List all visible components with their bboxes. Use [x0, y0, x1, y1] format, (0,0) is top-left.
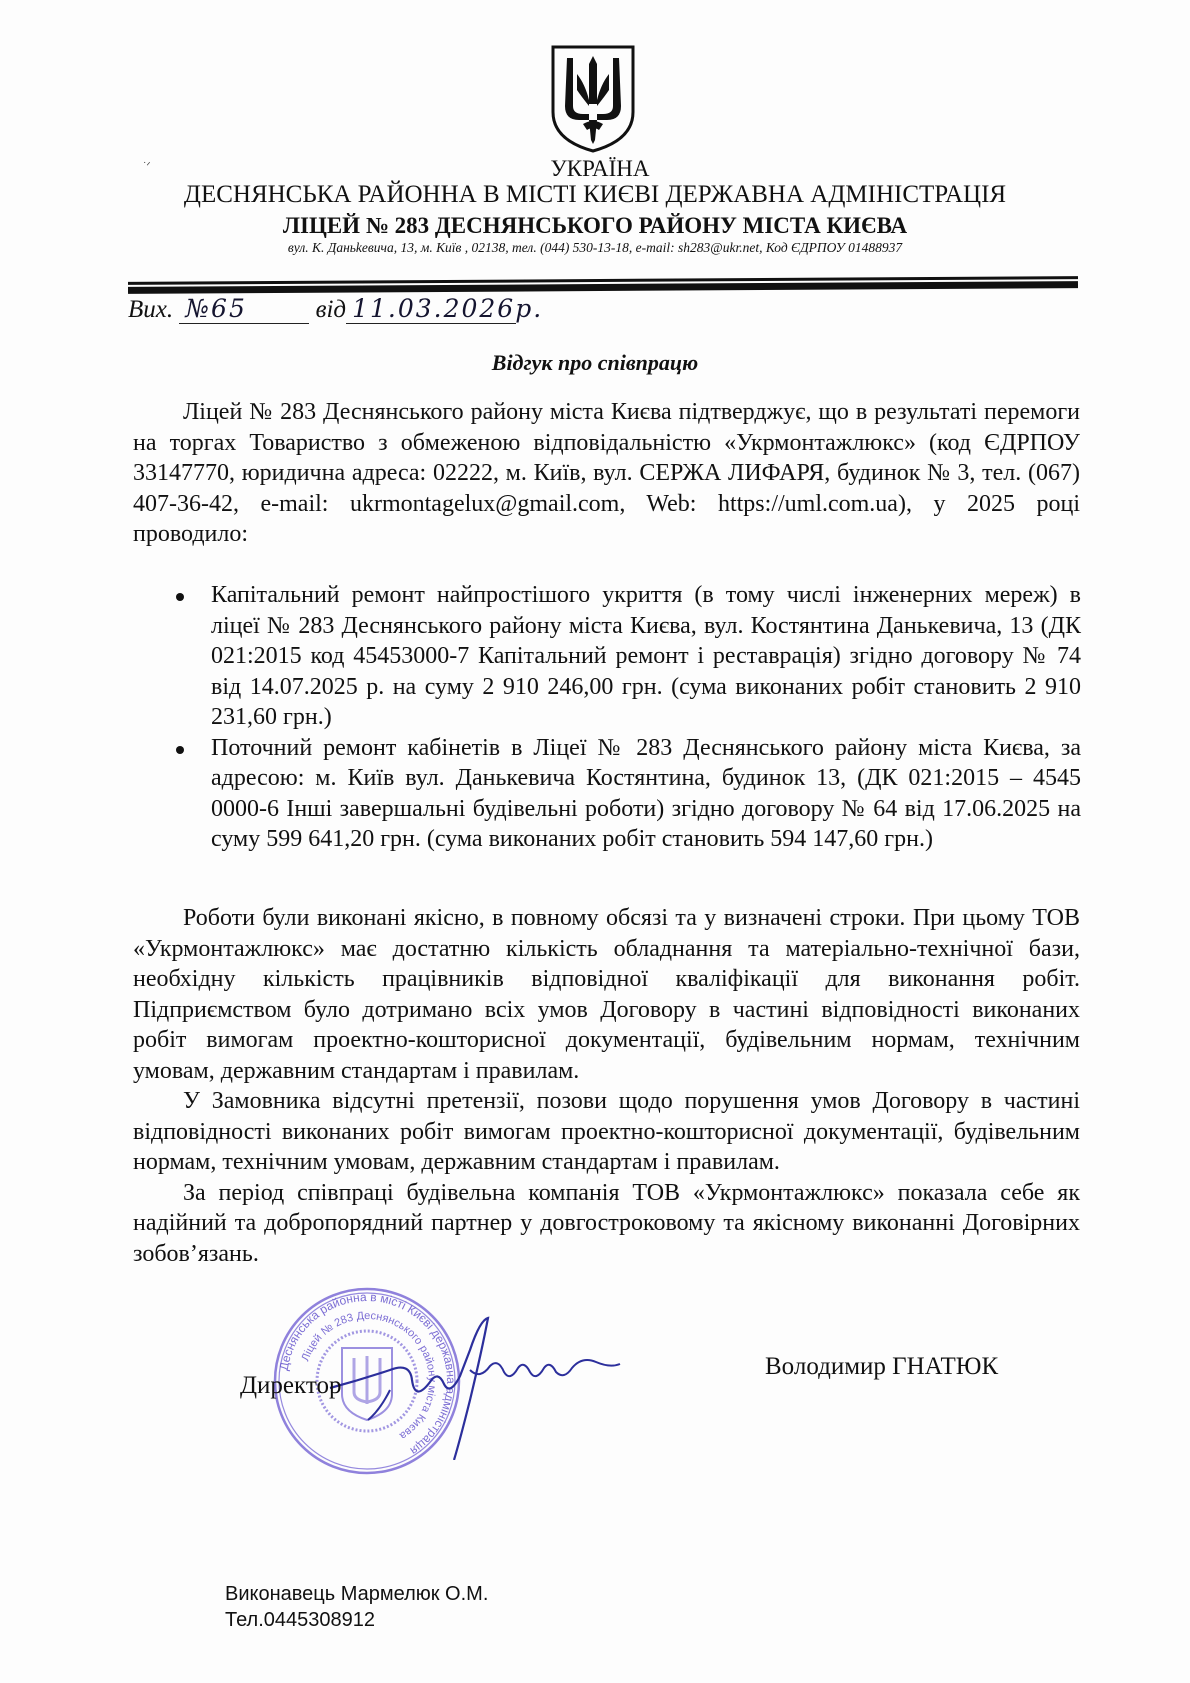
country-heading: УКРАЇНА [0, 156, 1190, 182]
executor-phone: Тел.0445308912 [225, 1607, 488, 1633]
bullet-icon [176, 593, 184, 601]
document-title: Відгук про співпрацю [0, 350, 1190, 376]
intro-paragraph: Ліцей № 283 Деснянського району міста Ки… [133, 397, 1080, 550]
work-description: Капітальний ремонт найпростішого укриття… [211, 582, 1081, 730]
paragraph-text: Роботи були виконані якісно, в повному о… [133, 903, 1080, 1086]
director-signature [320, 1310, 640, 1460]
school-heading: ЛІЦЕЙ № 283 ДЕСНЯНСЬКОГО РАЙОНУ МІСТА КИ… [0, 213, 1190, 239]
paragraph-text: За період співпраці будівельна компанія … [133, 1178, 1080, 1270]
outgoing-label: Вих. [128, 296, 173, 323]
signatory-position: Директор [240, 1372, 341, 1400]
letter-page: ˙ᐟ УКРАЇНА ДЕСНЯНСЬКА РАЙОННА В МІСТІ КИ… [0, 0, 1190, 1683]
school-address: вул. К. Даньkевича, 13, м. Київ , 02138,… [0, 240, 1190, 256]
executor-block: Виконавець Мармелюк О.М. Тел.0445308912 [225, 1581, 488, 1633]
quality-paragraph: Роботи були виконані якісно, в повному о… [133, 903, 1080, 1269]
outgoing-number: №65 [185, 294, 246, 323]
works-list: Капітальний ремонт найпростішого укриття… [176, 580, 1081, 855]
bullet-icon [176, 746, 184, 754]
works-list-item: Поточний ремонт кабінетів в Ліцеї № 283 … [176, 733, 1081, 855]
signatory-name: Володимир ГНАТЮК [765, 1353, 998, 1381]
paragraph-text: У Замовника відсутні претензії, позови щ… [133, 1086, 1080, 1178]
trident-coat-of-arms-icon [549, 44, 637, 154]
outgoing-reference: Вих. №65 від11.03.2026р. [128, 296, 516, 324]
administration-heading: ДЕСНЯНСЬКА РАЙОННА В МІСТІ КИЄВІ ДЕРЖАВН… [0, 181, 1190, 209]
intro-text: Ліцей № 283 Деснянського району міста Ки… [133, 397, 1080, 550]
work-description: Поточний ремонт кабінетів в Ліцеї № 283 … [211, 735, 1081, 853]
outgoing-date: 11.03.2026р. [352, 294, 543, 323]
executor-name: Виконавець Мармелюк О.М. [225, 1581, 488, 1607]
works-list-item: Капітальний ремонт найпростішого укриття… [176, 580, 1081, 733]
date-label: від [316, 296, 346, 323]
